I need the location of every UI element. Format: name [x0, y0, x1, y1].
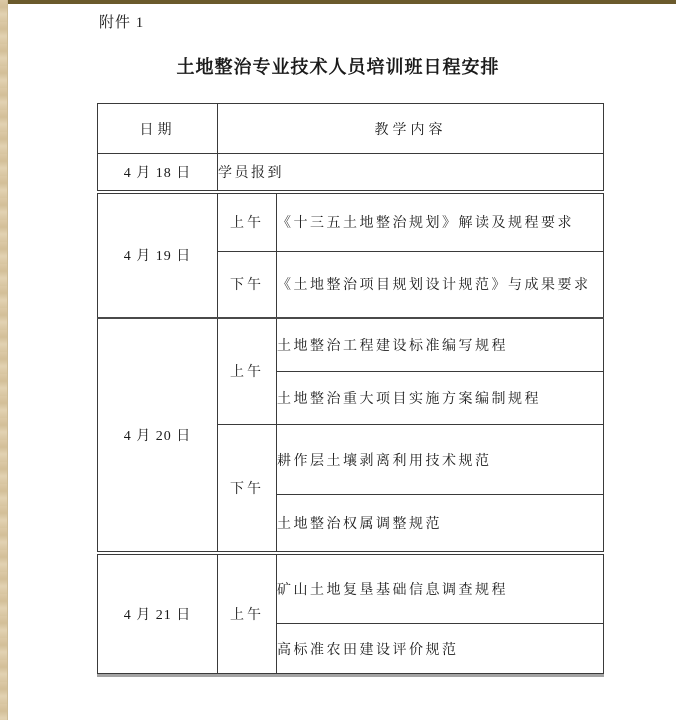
- header-cell-date: 日期: [98, 104, 218, 154]
- content-cell: 矿山土地复垦基础信息调查规程: [277, 553, 604, 624]
- session-cell: 下午: [218, 425, 277, 553]
- date-cell: 4 月 19 日: [98, 192, 218, 318]
- session-cell: 下午: [218, 252, 277, 318]
- table-row: 4 月 21 日 上午 矿山土地复垦基础信息调查规程: [98, 553, 604, 624]
- content-cell: 土地整治工程建设标准编写规程: [277, 318, 604, 372]
- content-cell: 《土地整治项目规划设计规范》与成果要求: [277, 252, 604, 318]
- session-cell: 上午: [218, 192, 277, 252]
- header-cell-content: 教学内容: [218, 104, 604, 154]
- scanned-page: 附件 1 土地整治专业技术人员培训班日程安排 日期 教学内容 4 月 18 日 …: [0, 0, 676, 720]
- content-cell: 《十三五土地整治规划》解读及规程要求: [277, 192, 604, 252]
- date-cell: 4 月 21 日: [98, 553, 218, 674]
- page-top-edge: [0, 0, 676, 4]
- table-header-row: 日期 教学内容: [98, 104, 604, 154]
- content-cell: 学员报到: [218, 154, 604, 192]
- table-row: 4 月 18 日 学员报到: [98, 154, 604, 192]
- table-row: 4 月 20 日 上午 土地整治工程建设标准编写规程: [98, 318, 604, 372]
- table-row: 4 月 19 日 上午 《十三五土地整治规划》解读及规程要求: [98, 192, 604, 252]
- date-cell: 4 月 20 日: [98, 318, 218, 553]
- page-left-edge: [0, 0, 8, 720]
- content-cell: 土地整治权属调整规范: [277, 495, 604, 553]
- content-cell: 高标准农田建设评价规范: [277, 624, 604, 674]
- page-title: 土地整治专业技术人员培训班日程安排: [8, 53, 668, 79]
- date-cell: 4 月 18 日: [98, 154, 218, 192]
- session-cell: 上午: [218, 553, 277, 674]
- schedule-table: 日期 教学内容 4 月 18 日 学员报到 4 月 19 日 上午 《十三五土地…: [97, 103, 604, 674]
- content-cell: 耕作层土壤剥离利用技术规范: [277, 425, 604, 495]
- content-cell: 土地整治重大项目实施方案编制规程: [277, 372, 604, 425]
- session-cell: 上午: [218, 318, 277, 425]
- attachment-label: 附件 1: [99, 11, 144, 32]
